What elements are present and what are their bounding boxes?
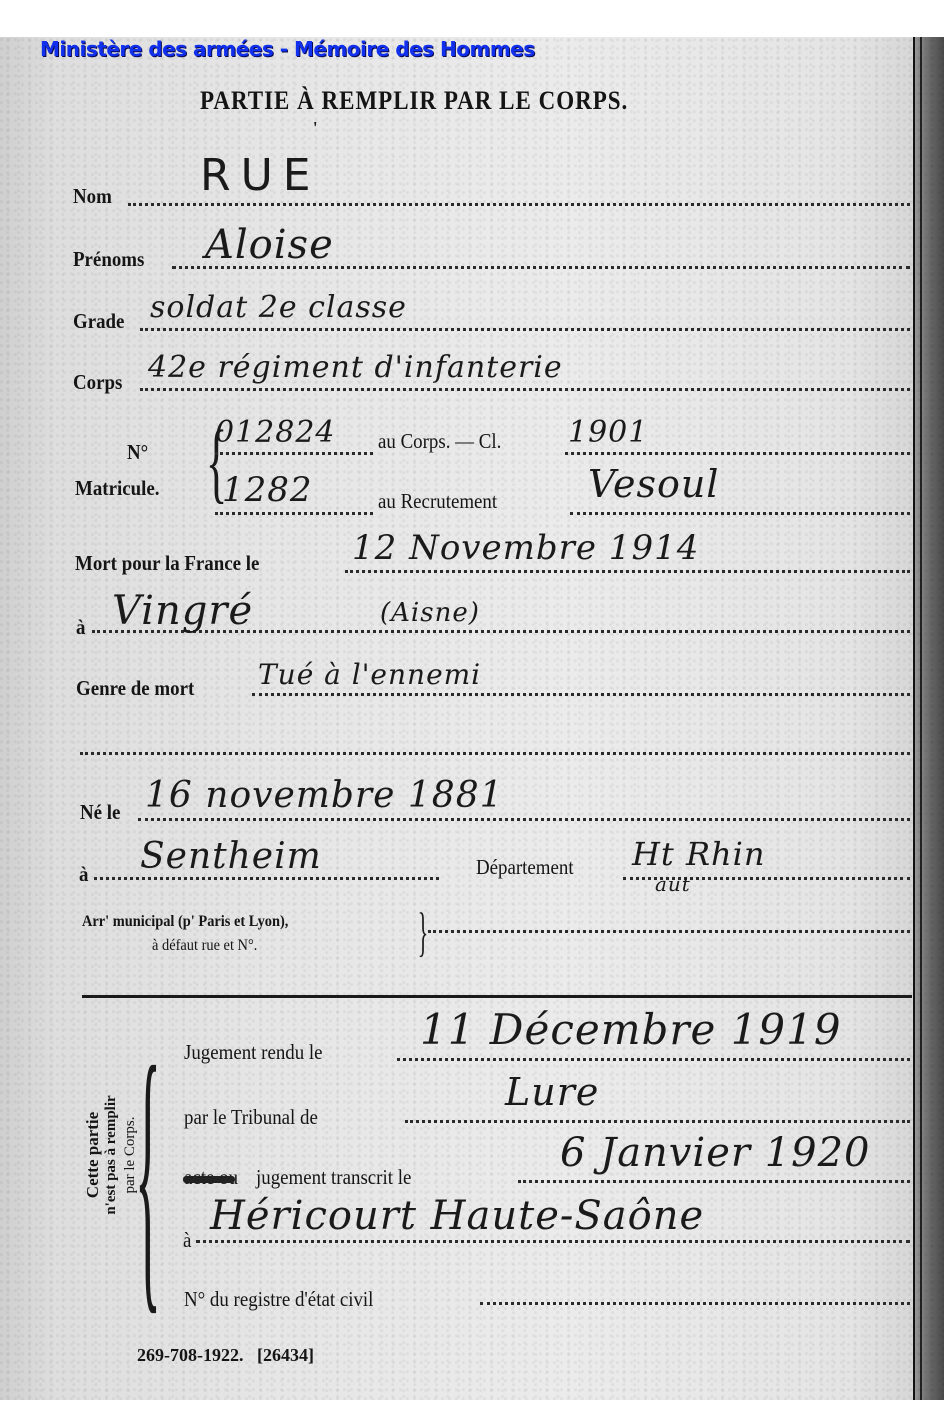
binding-edge	[914, 37, 944, 1400]
form-title: PARTIE À REMPLIR PAR LE CORPS.	[200, 86, 628, 116]
grade-label: Grade	[73, 309, 124, 334]
source-watermark: Ministère des armées - Mémoire des Homme…	[40, 37, 535, 61]
recrutement-place-line	[570, 512, 910, 515]
mort-date-line	[345, 570, 910, 573]
matricule-corps-line	[215, 452, 373, 455]
prenoms-label: Prénoms	[73, 247, 144, 272]
transcrit-lieu-value: Héricourt Haute-Saône	[210, 1193, 704, 1239]
genre-mort-line	[252, 693, 910, 696]
genre-mort-label: Genre de mort	[76, 676, 194, 701]
tribunal-line	[405, 1120, 910, 1123]
departement-note: aut	[655, 872, 691, 896]
jugement-rendu-value: 11 Décembre 1919	[420, 1005, 842, 1054]
registre-label: N° du registre d'état civil	[184, 1287, 373, 1312]
transcrit-label: jugement transcrit le	[256, 1165, 411, 1190]
margin-rule	[913, 37, 915, 1400]
grade-value: soldat 2e classe	[150, 290, 407, 325]
ne-le-line	[138, 818, 910, 821]
transcrit-lieu-label: à	[183, 1228, 191, 1253]
print-reference: 269-708-1922. [26434]	[137, 1345, 314, 1366]
mort-lieu-value: Vingré	[112, 588, 253, 634]
corps-label: Corps	[73, 370, 122, 395]
registre-line	[480, 1302, 910, 1305]
prenoms-value: Aloise	[205, 222, 334, 268]
mort-lieu-note: (Aisne)	[380, 598, 480, 628]
matricule-corps-label: au Corps. — Cl.	[378, 429, 501, 454]
corps-line	[140, 388, 910, 391]
arrondissement-line	[428, 930, 910, 933]
corps-value: 42e régiment d'infanterie	[148, 350, 563, 385]
section-divider	[82, 995, 912, 998]
matricule-recrutement-number: 1282	[222, 470, 313, 510]
mort-date-label: Mort pour la France le	[75, 551, 259, 576]
mort-date-value: 12 Novembre 1914	[352, 528, 699, 568]
classe-value: 1901	[568, 415, 648, 450]
ne-lieu-label: à	[79, 862, 88, 887]
nom-label: Nom	[73, 184, 112, 209]
side-note: Cette partie n'est pas à remplir par le …	[83, 1070, 140, 1240]
jugement-rendu-label: Jugement rendu le	[184, 1040, 323, 1065]
matricule-recrutement-line	[215, 512, 373, 515]
ne-le-label: Né le	[80, 800, 120, 825]
arrondissement-brace: }	[418, 905, 428, 959]
strikethrough-mark	[183, 1176, 235, 1183]
departement-label: Département	[476, 855, 574, 880]
transcrit-lieu-line	[196, 1240, 910, 1243]
grade-line	[140, 328, 910, 331]
tribunal-label: par le Tribunal de	[184, 1105, 318, 1130]
nom-value: RUE	[200, 150, 321, 201]
recrutement-place: Vesoul	[588, 462, 719, 506]
departement-value: Ht Rhin	[632, 835, 765, 873]
nom-line	[128, 203, 910, 206]
transcrit-value: 6 Janvier 1920	[560, 1130, 871, 1176]
ne-le-value: 16 novembre 1881	[145, 775, 504, 816]
stray-mark: '	[313, 118, 318, 139]
jugement-rendu-line	[397, 1058, 910, 1061]
matricule-recrutement-label: au Recrutement	[378, 489, 497, 514]
blank-line	[80, 752, 910, 755]
arrondissement-label-2: à défaut rue et N°.	[152, 937, 257, 955]
ne-lieu-value: Sentheim	[140, 836, 322, 877]
classe-line	[565, 452, 910, 455]
tribunal-value: Lure	[505, 1070, 599, 1114]
matricule-label-no: N°	[127, 440, 148, 465]
transcrit-line	[518, 1180, 910, 1183]
ne-lieu-line	[94, 877, 439, 880]
arrondissement-label-1: Arr' municipal (p' Paris et Lyon),	[82, 913, 288, 931]
matricule-corps-number: 012824	[215, 415, 336, 450]
margin-rule	[920, 37, 922, 1400]
mort-lieu-label: à	[76, 615, 85, 640]
genre-mort-value: Tué à l'ennemi	[258, 658, 481, 691]
matricule-label: Matricule.	[75, 476, 159, 501]
